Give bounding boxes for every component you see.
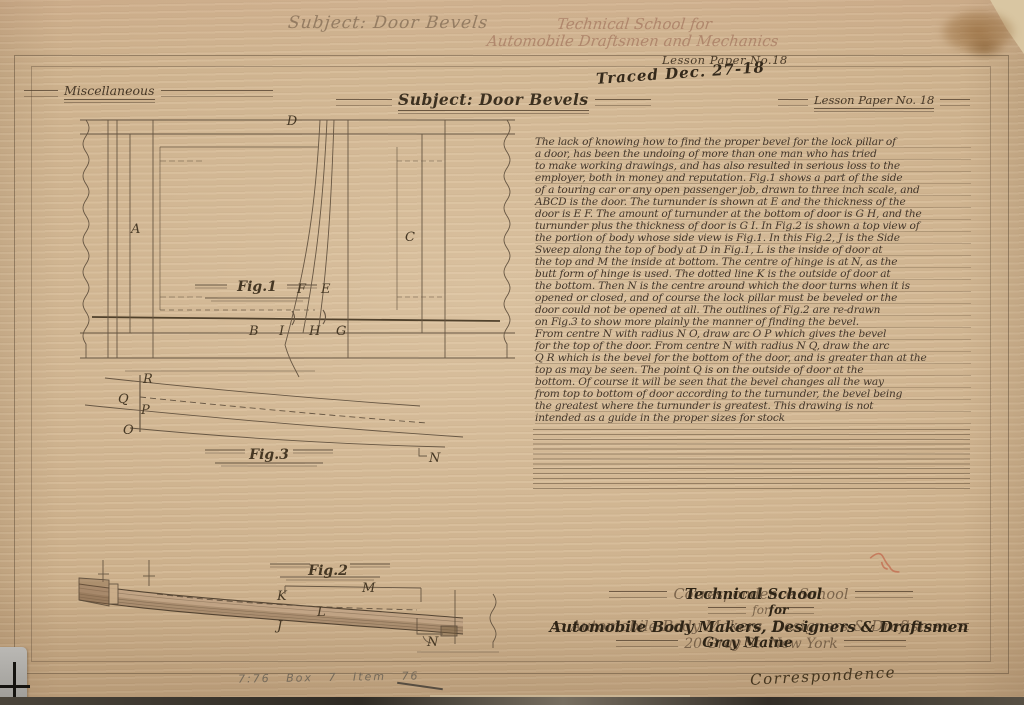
rule-flourish — [595, 99, 651, 106]
rule-flourish — [24, 90, 58, 97]
handwritten-line: turnunder plus the thickness of door is … — [535, 220, 971, 232]
imprint-line: for for — [535, 603, 987, 617]
fig3-point-P: P — [140, 403, 150, 418]
rule-flourish — [778, 99, 808, 106]
fig1-point-D: D — [286, 114, 298, 129]
imprint-line: Correspondence School Technical School — [535, 586, 987, 603]
imprint-line: Automobile Body Makers, Designers & Draf… — [535, 617, 987, 635]
pencil-dash-mark — [397, 682, 443, 690]
fig1-point-H: H — [308, 324, 321, 339]
fig1-point-I: I — [278, 324, 285, 339]
imprint-dark-text: Automobile Body Makers, Designers & Draf… — [549, 618, 968, 636]
handwritten-line: butt form of hinge is used. The dotted l… — [535, 268, 971, 280]
figure-1-drawing: D A C E F B I H G Fig.1 — [65, 105, 525, 380]
fig2-point-L: L — [316, 605, 326, 620]
fig2-title: Fig.2 — [307, 563, 348, 579]
fig1-point-F: F — [296, 282, 307, 297]
imprint-dark-text: Gray Maine — [702, 635, 792, 651]
handwritten-line: opened or closed, and of course the lock… — [535, 292, 971, 304]
handwritten-line: to make working drawings, and has also r… — [535, 160, 971, 172]
rule-flourish — [708, 607, 746, 614]
rule-flourish — [161, 90, 273, 97]
fig2-point-N: N — [426, 635, 439, 650]
handwritten-line: for the top of the door. From centre N w… — [535, 340, 971, 352]
handwritten-line: of a touring car or any open passenger j… — [535, 184, 971, 196]
handwritten-line: Q R which is the bevel for the bottom of… — [535, 352, 971, 364]
handwritten-line: from top to bottom of door according to … — [535, 388, 971, 400]
handwritten-line: door could not be opened at all. The out… — [535, 304, 971, 316]
ghost-school-line2: Automobile Draftsmen and Mechanics — [486, 32, 779, 50]
fig2-point-K: K — [276, 589, 288, 604]
category-label: Miscellaneous — [64, 83, 155, 103]
archive-pencil-note: 7:76 Box 7 Item 76 — [238, 669, 420, 685]
imprint-light-text: for — [752, 603, 769, 617]
handwritten-line: bottom. Of course it will be seen that t… — [535, 376, 971, 388]
fig1-point-G: G — [336, 324, 346, 339]
imprint-line: 20 Gray St. New York Gray Maine — [535, 635, 987, 652]
school-imprint-block: Correspondence School Technical School f… — [535, 586, 987, 652]
category-heading: Miscellaneous — [18, 83, 279, 103]
fig1-point-E: E — [320, 282, 331, 297]
imprint-dark-text: for — [769, 603, 789, 617]
lesson-paper-label: Lesson Paper No. 18 — [814, 93, 934, 112]
imprint-dark-text: Technical School — [685, 586, 822, 603]
handwritten-line: top as may be seen. The point Q is on th… — [535, 364, 971, 376]
rule-flourish — [855, 591, 913, 598]
figure-3-drawing: R Q P O N Fig.3 — [85, 362, 515, 477]
handwritten-line: intended as a guide in the proper sizes … — [535, 412, 971, 424]
rule-flourish — [616, 640, 678, 647]
handwritten-line: a door, has been the undoing of more tha… — [535, 148, 971, 160]
fig1-point-A: A — [130, 222, 140, 237]
rule-flourish — [844, 640, 906, 647]
fig2-point-M: M — [361, 581, 376, 596]
fig1-point-C: C — [405, 230, 415, 245]
handwritten-line: Sweep along the top of body at D in Fig.… — [535, 244, 971, 256]
scanned-lesson-paper: Subject: Door Bevels Technical School fo… — [0, 0, 1024, 705]
handwritten-line: door is E F. The amount of turnunder at … — [535, 208, 971, 220]
handwritten-line: employer, both in money and reputation. … — [535, 172, 971, 184]
handwritten-line: ABCD is the door. The turnunder is shown… — [535, 196, 971, 208]
ghost-subject-title: Subject: Door Bevels — [287, 13, 489, 33]
handwritten-line: the bottom. Then N is the centre around … — [535, 280, 971, 292]
rule-flourish — [940, 99, 970, 106]
fig1-point-B: B — [248, 324, 259, 339]
handwritten-line: the greatest where the turnunder is grea… — [535, 400, 971, 412]
ghost-school-line1: Technical School for — [556, 15, 713, 33]
lesson-paper-heading: Lesson Paper No. 18 — [772, 93, 976, 112]
fig3-point-R: R — [142, 372, 153, 387]
fig1-title: Fig.1 — [236, 279, 277, 295]
rule-flourish — [609, 591, 667, 598]
handwritten-line: the top and M the inside at bottom. The … — [535, 256, 971, 268]
fig3-point-Q: Q — [118, 392, 129, 407]
fig3-point-N: N — [428, 451, 441, 466]
handwritten-line: The lack of knowing how to find the prop… — [535, 136, 971, 148]
handwritten-line: From centre N with radius N O, draw arc … — [535, 328, 971, 340]
handwritten-line: on Fig.3 to show more plainly the manner… — [535, 316, 971, 328]
lesson-text-block: The lack of knowing how to find the prop… — [535, 136, 971, 424]
handwritten-line: the portion of body whose side view is F… — [535, 232, 971, 244]
fig3-point-O: O — [123, 423, 134, 438]
fig2-point-J: J — [274, 619, 283, 634]
empty-ruled-lines — [533, 429, 970, 492]
figure-2-drawing: M K L J N Fig.2 — [65, 550, 515, 670]
fig3-title: Fig.3 — [248, 447, 289, 463]
scan-edge — [0, 697, 1024, 705]
